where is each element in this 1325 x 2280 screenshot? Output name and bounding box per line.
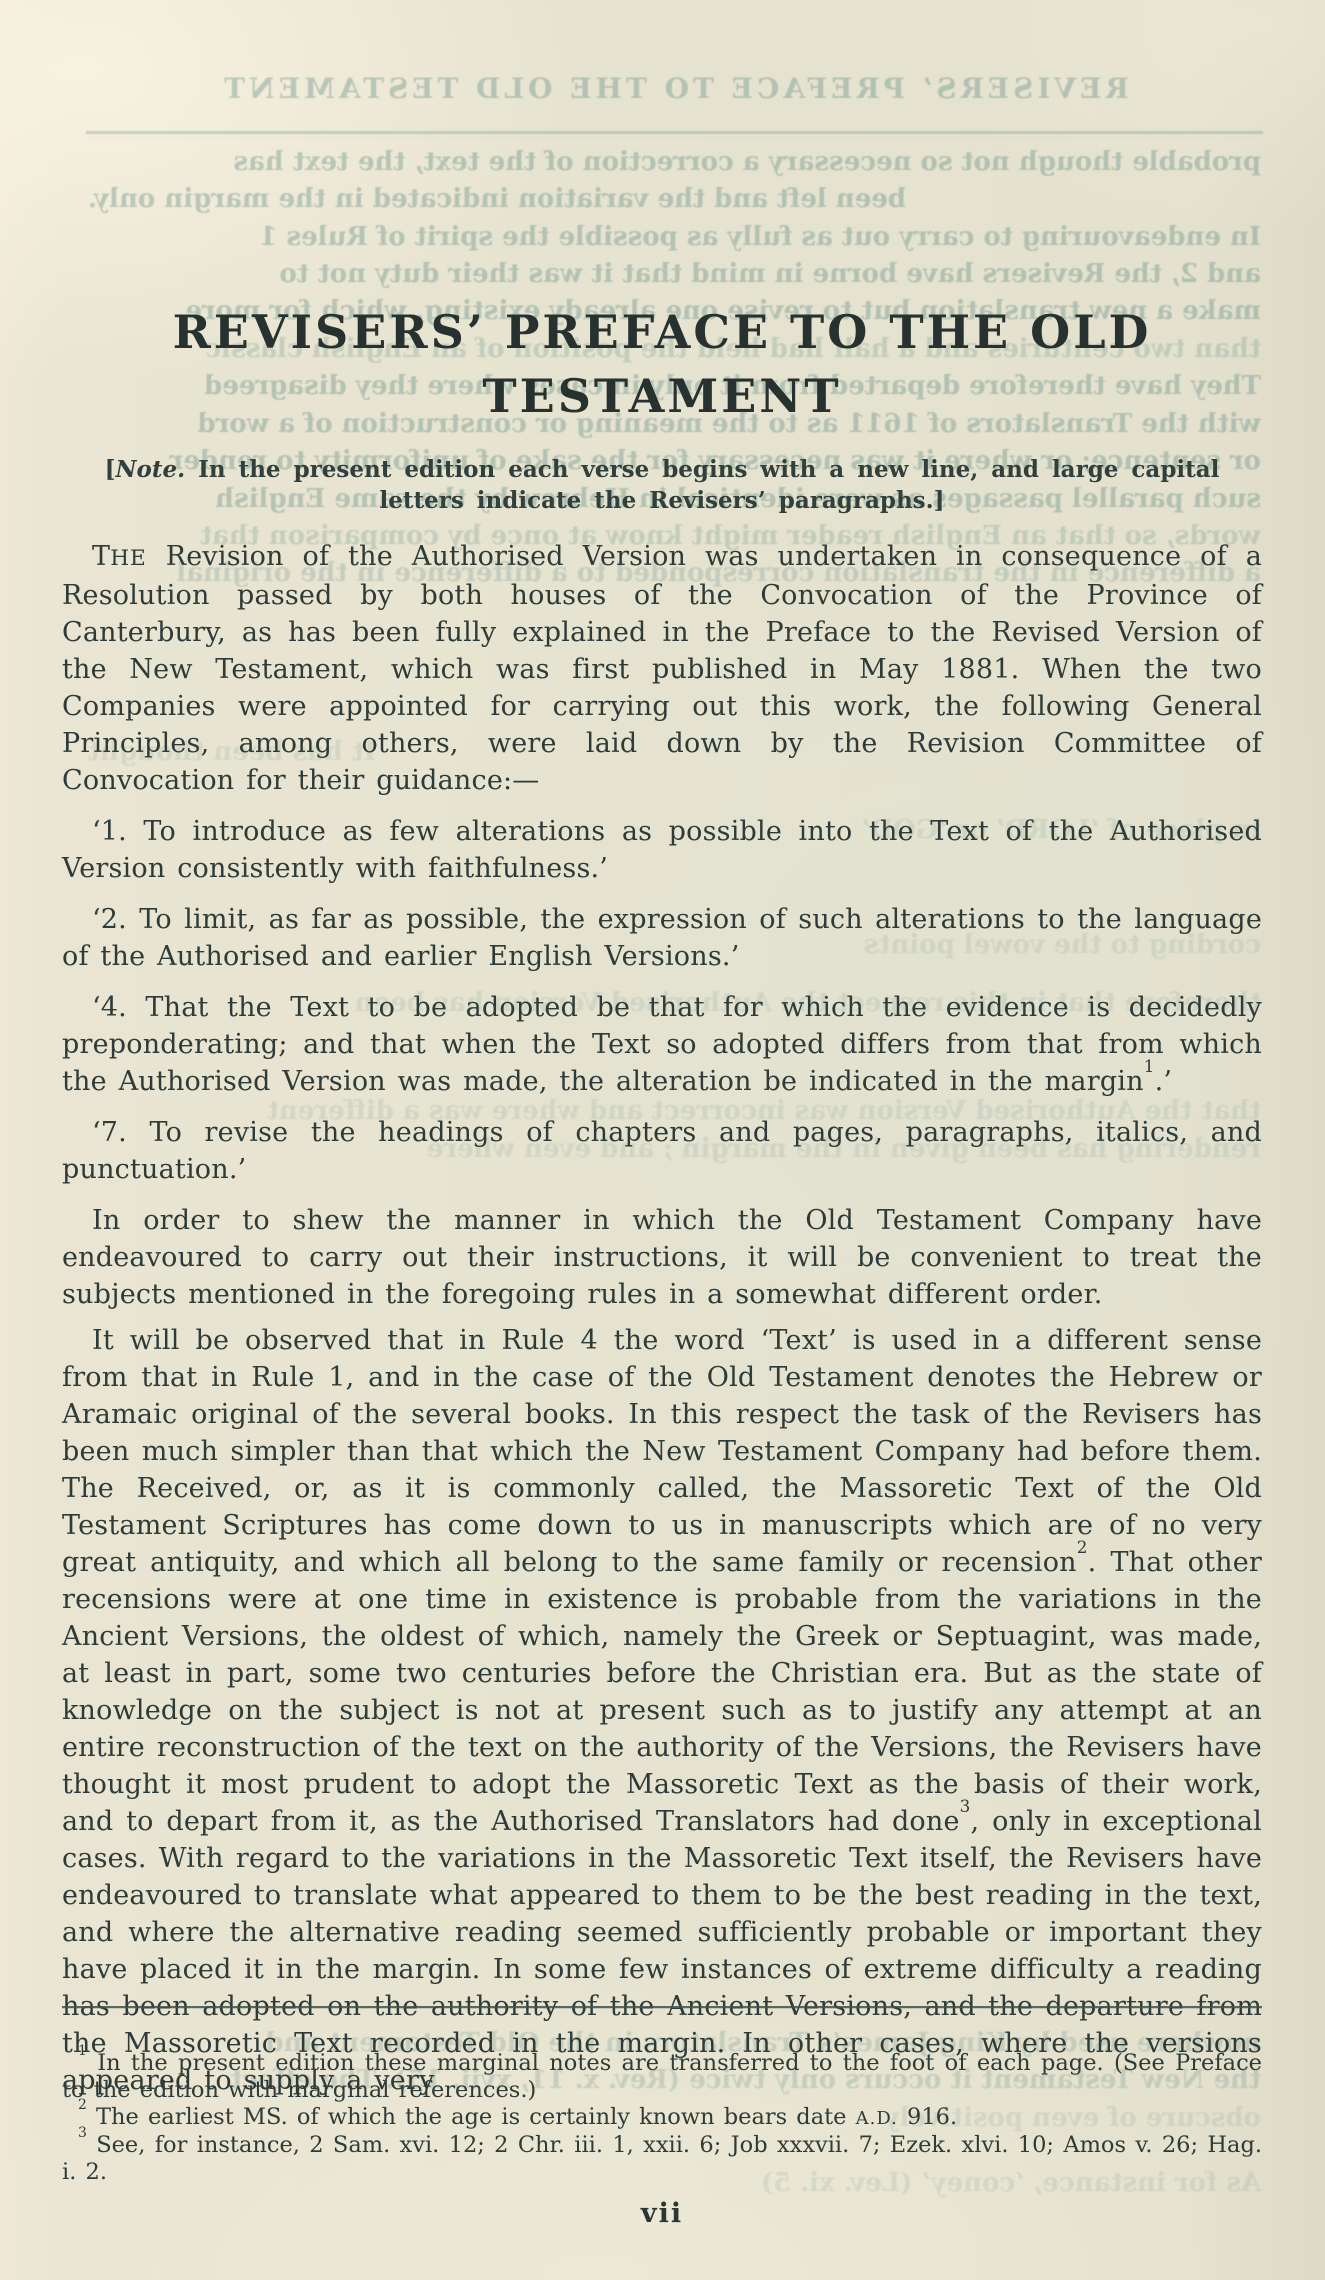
edition-note-line2: letters indicate the Revisers’ paragraph… (62, 485, 1262, 516)
footnote-2: 2 The earliest MS. of which the age is c… (62, 2104, 1262, 2132)
page-content: REVISERS’ PREFACE TO THE OLDTESTAMENT [N… (0, 0, 1325, 2099)
footnote-1: 1 In the present edition these marginal … (62, 2050, 1262, 2104)
paragraph-in-order: In order to shew the manner in which the… (62, 1202, 1262, 1313)
page-title-line2: TESTAMENT (482, 369, 841, 423)
paragraph-rule-2: ‘2. To limit, as far as possible, the ex… (62, 901, 1262, 975)
footnotes: 1 In the present edition these marginal … (62, 2050, 1262, 2186)
paragraph-rule-1: ‘1. To introduce as few alterations as p… (62, 813, 1262, 887)
footnote-separator (62, 2006, 1262, 2008)
book-page-scan: REVISERS’ PREFACE TO THE OLD TESTAMENT p… (0, 0, 1325, 2280)
paragraph-opening: THE Revision of the Authorised Version w… (62, 538, 1262, 799)
footnote-3: 3 See, for instance, 2 Sam. xvi. 12; 2 C… (62, 2132, 1262, 2186)
preface-body: THE Revision of the Authorised Version w… (62, 538, 1262, 2099)
edition-note-line1: [Note. In the present edition each verse… (62, 454, 1262, 485)
paragraph-rule-4: ‘4. That the Text to be adopted be that … (62, 989, 1262, 1100)
page-title: REVISERS’ PREFACE TO THE OLDTESTAMENT (62, 300, 1262, 428)
paragraph-rule-7: ‘7. To revise the headings of chapters a… (62, 1114, 1262, 1188)
page-title-line1: REVISERS’ PREFACE TO THE OLD (173, 305, 1152, 359)
page-number: vii (62, 2198, 1262, 2229)
paragraph-it-will-be-observed: It will be observed that in Rule 4 the w… (62, 1322, 1262, 2099)
page-footer: 1 In the present edition these marginal … (62, 2006, 1262, 2229)
note-label: Note. (115, 456, 185, 483)
edition-note: [Note. In the present edition each verse… (62, 454, 1262, 516)
